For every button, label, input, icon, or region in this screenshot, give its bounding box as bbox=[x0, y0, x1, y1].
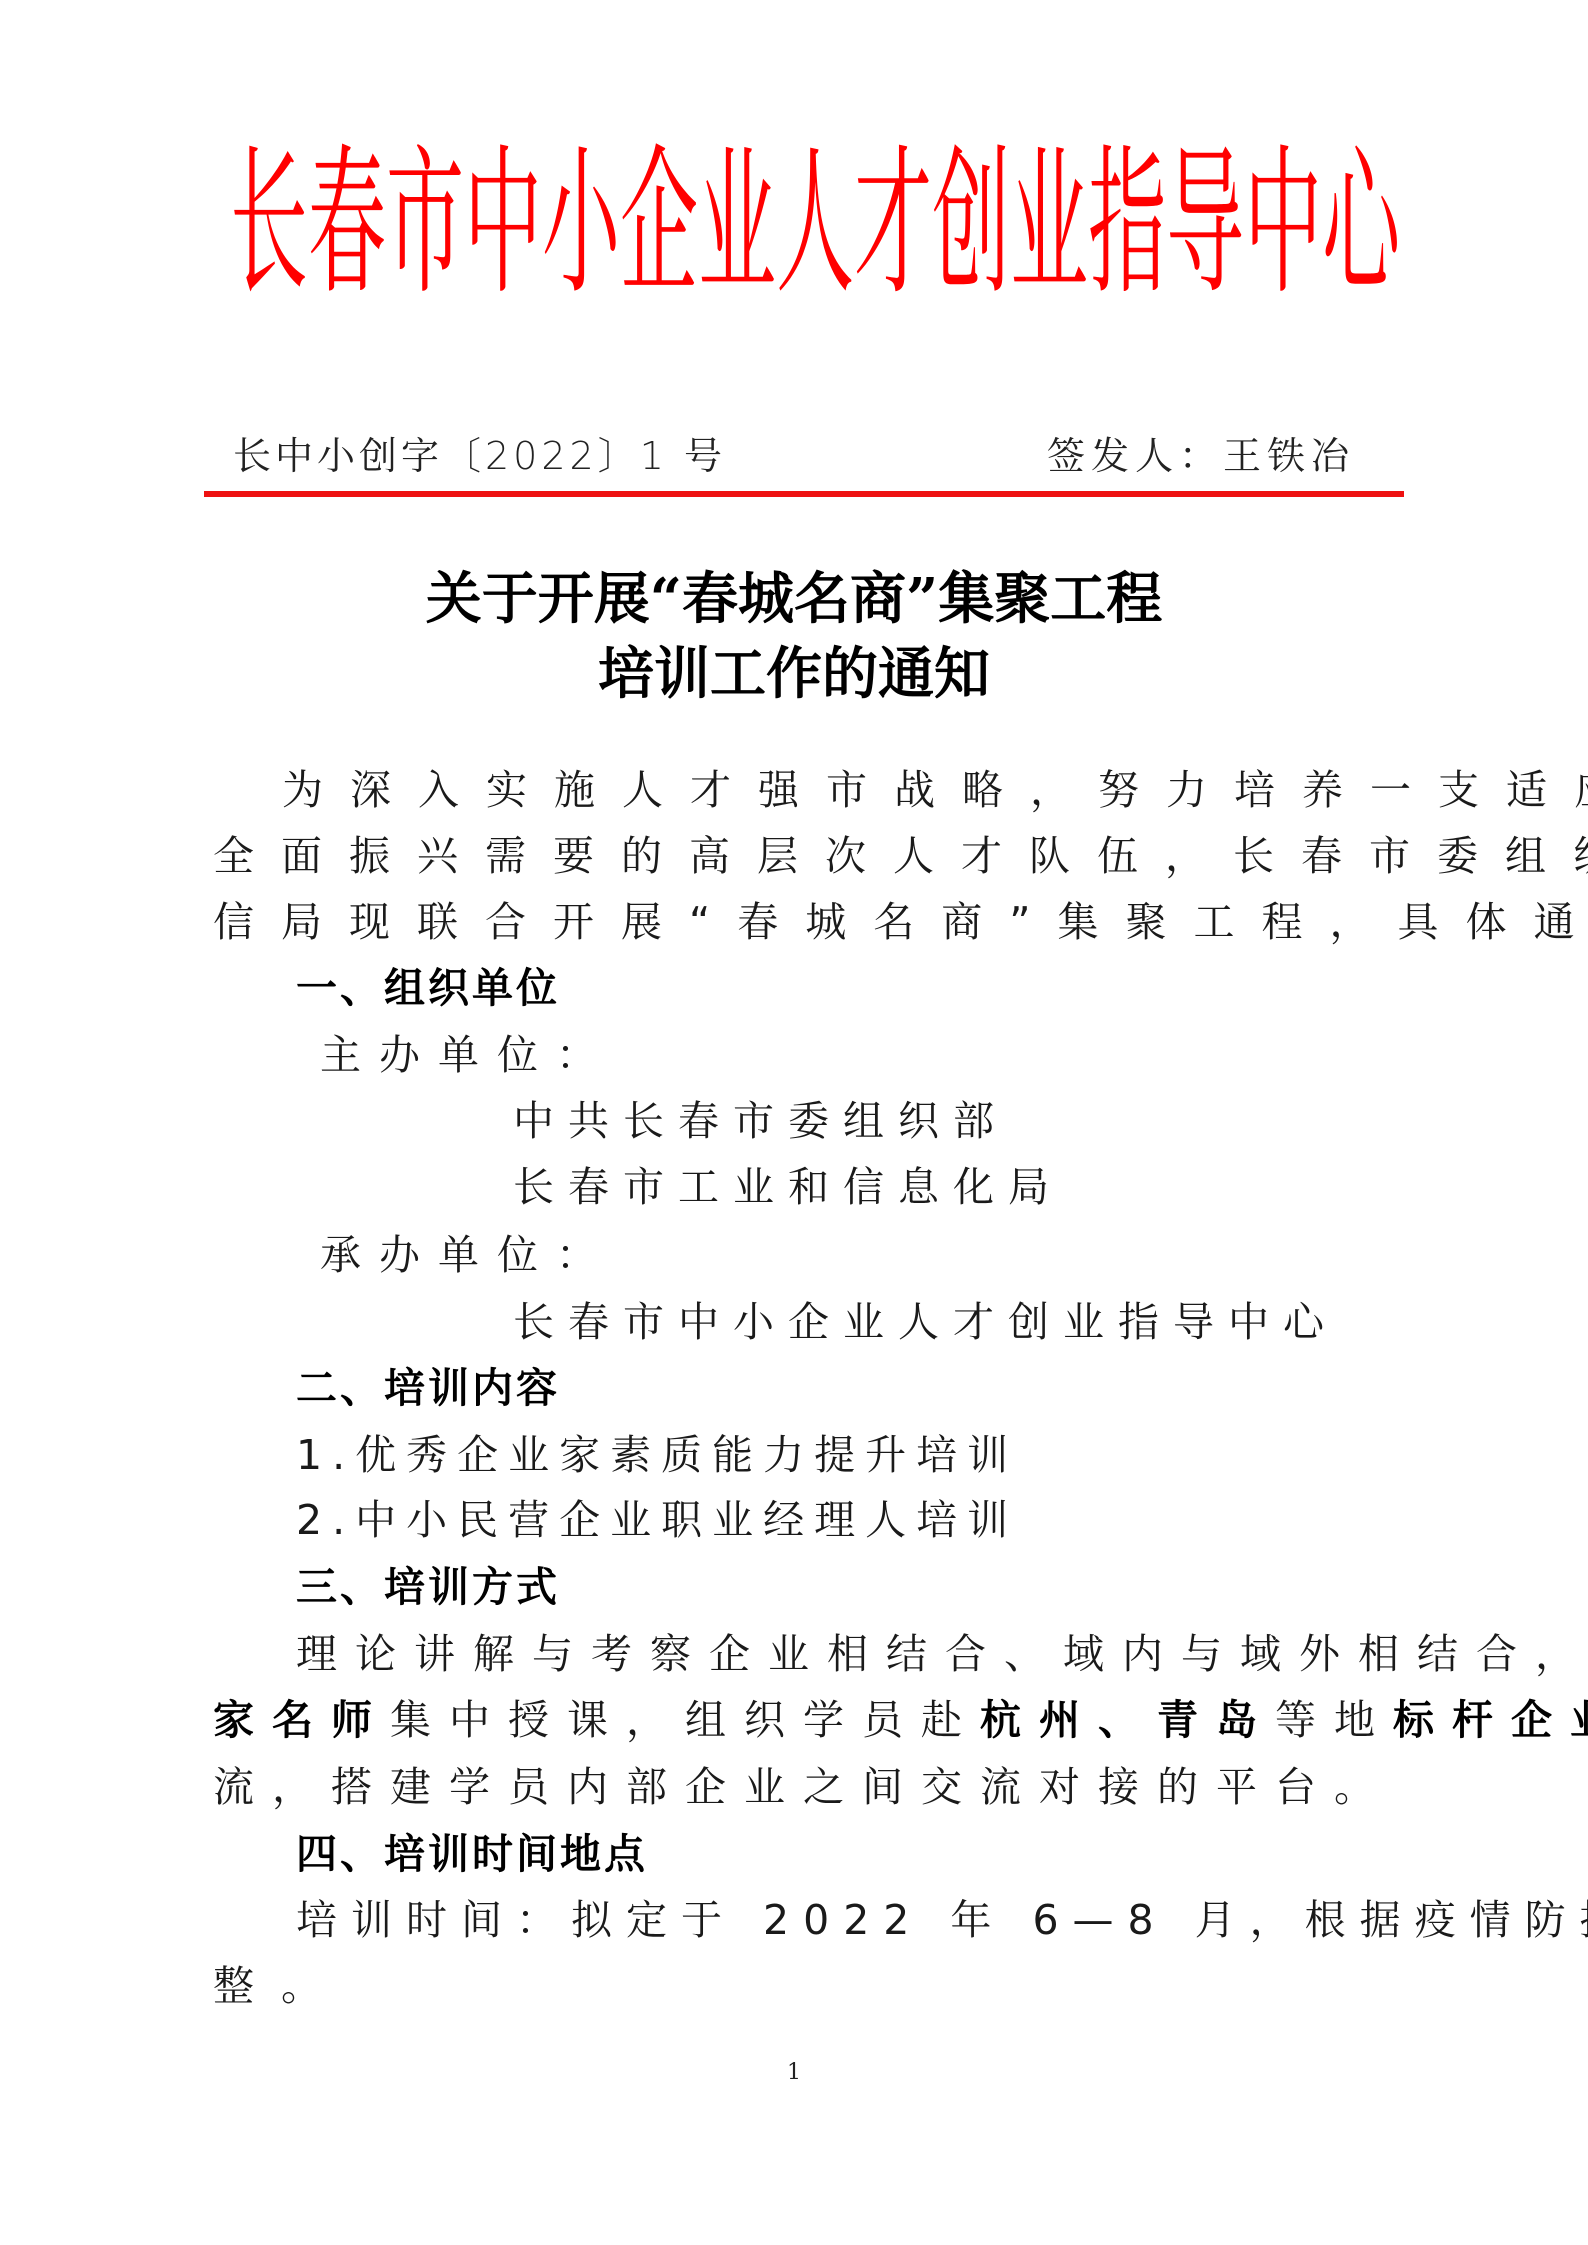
method-line-2: 家名师集中授课，组织学员赴杭州、青岛等地标杆企业参考交 bbox=[213, 1700, 1588, 1741]
method-bold-benchmark: 标杆企业 bbox=[1393, 1696, 1588, 1744]
organizer-label: 承办单位： bbox=[320, 1235, 615, 1276]
section2-heading: 二、培训内容 bbox=[296, 1368, 560, 1409]
org-title-char: 业 bbox=[698, 145, 776, 305]
page-number: 1 bbox=[0, 2060, 1588, 2085]
method-line-1-text: 理论讲解与考察企业相结合、域内与域外相结合，邀请 bbox=[296, 1630, 1588, 1678]
intro-line-1: 为深入实施人才强市战略，努力培养一支适应长春新一轮 bbox=[282, 770, 1588, 811]
host-item-1: 中共长春市委组织部 bbox=[513, 1101, 1008, 1142]
org-title-char: 中 bbox=[464, 145, 542, 305]
content-item-1: 1.优秀企业家素质能力提升培训 bbox=[296, 1435, 1018, 1476]
org-title-char: 中 bbox=[1244, 145, 1322, 305]
section4-heading: 四、培训时间地点 bbox=[296, 1834, 648, 1875]
host-item-2: 长春市工业和信息化局 bbox=[513, 1167, 1063, 1208]
org-red-header: 长春市中小企业人才创业指导中心 bbox=[230, 140, 1360, 310]
org-title-char: 业 bbox=[1010, 145, 1088, 305]
org-title-char: 市 bbox=[386, 145, 464, 305]
content-item-2: 2.中小民营企业职业经理人培训 bbox=[296, 1500, 1018, 1541]
notice-title-line1: 关于开展“春城名商”集聚工程 bbox=[0, 555, 1588, 635]
org-title-char: 指 bbox=[1088, 145, 1166, 305]
org-title-char: 心 bbox=[1322, 145, 1400, 305]
method-bold-cities: 杭州、青岛 bbox=[980, 1696, 1275, 1744]
method-bold-experts: 家名师 bbox=[213, 1696, 390, 1744]
section1-heading: 一、组织单位 bbox=[296, 968, 560, 1009]
document-number: 长中小创字〔2022〕1 号 bbox=[233, 425, 726, 480]
org-title-char: 人 bbox=[776, 145, 854, 305]
org-title-char: 长 bbox=[230, 145, 308, 305]
time-line-2: 整。 bbox=[213, 1966, 349, 2007]
section3-heading: 三、培训方式 bbox=[296, 1567, 560, 1608]
host-label: 主办单位： bbox=[320, 1035, 615, 1076]
org-title-char: 才 bbox=[854, 145, 932, 305]
intro-line-3: 信局现联合开展“春城名商”集聚工程，具体通知如下： bbox=[213, 902, 1588, 943]
org-title-char: 企 bbox=[620, 145, 698, 305]
signer: 签发人：王铁冶 bbox=[1047, 425, 1355, 480]
organizer-item-1: 长春市中小企业人才创业指导中心 bbox=[513, 1302, 1338, 1343]
method-line-1: 理论讲解与考察企业相结合、域内与域外相结合，邀请专 bbox=[296, 1634, 1588, 1675]
notice-title-line2: 培训工作的通知 bbox=[0, 630, 1588, 710]
org-title-char: 创 bbox=[932, 145, 1010, 305]
red-divider-rule bbox=[204, 491, 1404, 497]
time-line-1: 培训时间：拟定于 2022 年 6—8 月，根据疫情防控情况调 bbox=[296, 1900, 1588, 1941]
intro-line-2: 全面振兴需要的高层次人才队伍，长春市委组织部、长春市工 bbox=[213, 836, 1588, 877]
method-text-b: 等地 bbox=[1275, 1696, 1393, 1744]
document-page: 长春市中小企业人才创业指导中心 长中小创字〔2022〕1 号 签发人：王铁冶 关… bbox=[0, 0, 1588, 2245]
org-title-char: 春 bbox=[308, 145, 386, 305]
org-title-char: 小 bbox=[542, 145, 620, 305]
org-title-char: 导 bbox=[1166, 145, 1244, 305]
method-line-3: 流，搭建学员内部企业之间交流对接的平台。 bbox=[213, 1767, 1393, 1808]
method-text-a: 集中授课，组织学员赴 bbox=[390, 1696, 980, 1744]
